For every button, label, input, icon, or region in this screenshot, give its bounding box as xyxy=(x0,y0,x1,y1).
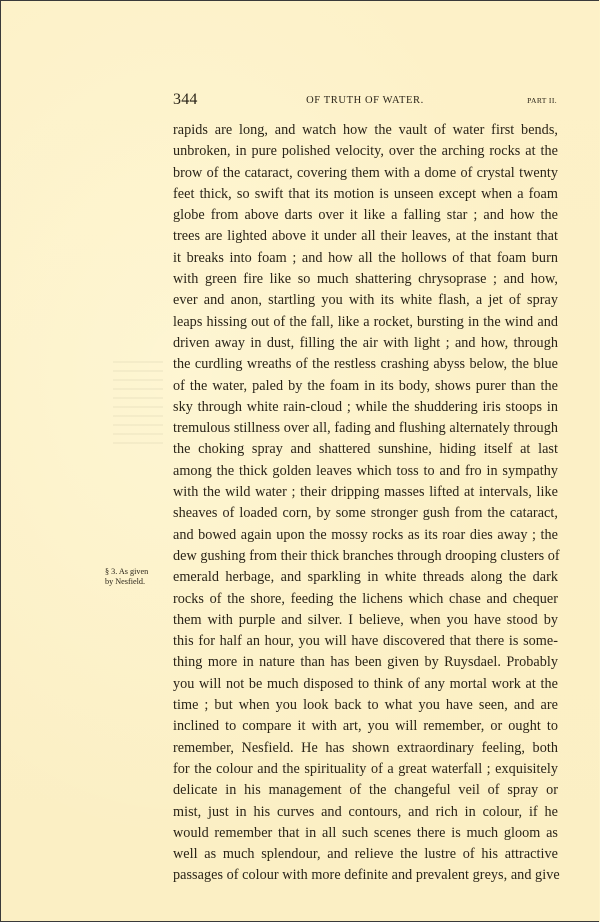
running-head: 344 OF TRUTH OF WATER. PART II. xyxy=(173,91,557,111)
text-line: thing more in nature than has been given… xyxy=(173,652,558,673)
part-label: PART II. xyxy=(527,96,557,105)
text-line: you will not be much disposed to think o… xyxy=(173,674,558,695)
text-line: delicate in his management of the change… xyxy=(173,780,558,801)
text-line: feet thick, so swift that its motion is … xyxy=(173,184,558,205)
text-line: unbroken, in pure polished velocity, ove… xyxy=(173,141,558,162)
text-line: brow of the cataract, covering them with… xyxy=(173,163,558,184)
text-line: well as much splendour, and relieve the … xyxy=(173,844,558,865)
text-line: of the water, paled by the foam in its b… xyxy=(173,376,558,397)
text-line: remember, Nesfield. He has shown extraor… xyxy=(173,738,558,759)
text-line: driven away in dust, filling the air wit… xyxy=(173,333,558,354)
text-line: globe from above darts over it like a fa… xyxy=(173,205,558,226)
text-line: this for half an hour, you will have dis… xyxy=(173,631,558,652)
text-line: leaps hissing out of the fall, like a ro… xyxy=(173,312,558,333)
marginal-note-line: § 3. As given xyxy=(105,567,167,577)
bleed-through-shadow xyxy=(113,361,163,451)
text-line: with green fire like so much shattering … xyxy=(173,269,558,290)
text-line: sky through white rain-cloud ; while the… xyxy=(173,397,558,418)
text-line: the choking spray and shattered sunshine… xyxy=(173,439,558,460)
text-line: the curdling wreaths of the restless cra… xyxy=(173,354,558,375)
text-line: them with purple and silver. I believe, … xyxy=(173,610,558,631)
text-line: tremulous stillness over all, fading and… xyxy=(173,418,558,439)
text-line: for the colour and the spirituality of a… xyxy=(173,759,558,780)
text-line: time ; but when you look back to what yo… xyxy=(173,695,558,716)
text-line: dew gushing from their thick branches th… xyxy=(173,546,558,567)
text-line: mist, just in his curves and contours, a… xyxy=(173,802,558,823)
text-line: among the thick golden leaves which toss… xyxy=(173,461,558,482)
text-line: and bowed again upon the mossy rocks as … xyxy=(173,525,558,546)
text-line: with the wild water ; their dripping mas… xyxy=(173,482,558,503)
text-line: inclined to compare it with art, you wil… xyxy=(173,716,558,737)
text-line: sheaves of loaded corn, by some stronger… xyxy=(173,503,558,524)
marginal-note: § 3. As given by Nesfield. xyxy=(105,567,167,586)
text-line: rapids are long, and watch how the vault… xyxy=(173,120,558,141)
marginal-note-line: by Nesfield. xyxy=(105,577,167,587)
text-line: emerald herbage, and sparkling in white … xyxy=(173,567,558,588)
text-line: would remember that in all such scenes t… xyxy=(173,823,558,844)
book-page: 344 OF TRUTH OF WATER. PART II. § 3. As … xyxy=(0,0,599,922)
running-title: OF TRUTH OF WATER. xyxy=(173,95,557,106)
body-text: rapids are long, and watch how the vault… xyxy=(173,120,558,887)
text-line: it breaks into foam ; and how all the ho… xyxy=(173,248,558,269)
text-line: trees are lighted above it under all the… xyxy=(173,226,558,247)
text-line: rocks of the shore, feeding the lichens … xyxy=(173,589,558,610)
text-line: ever and anon, startling you with its wh… xyxy=(173,290,558,311)
text-line: passages of colour with more definite an… xyxy=(173,865,558,886)
